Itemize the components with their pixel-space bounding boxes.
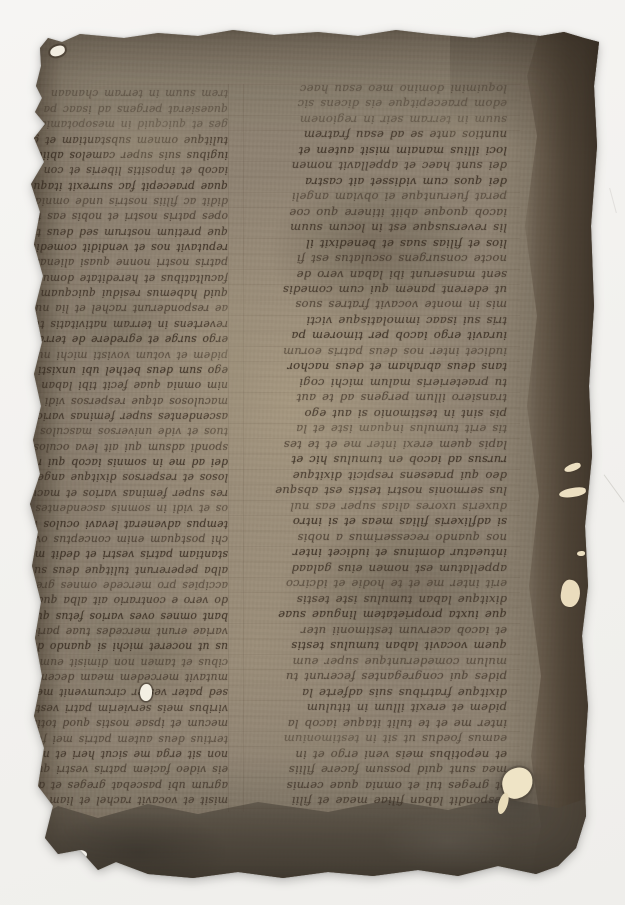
parchment-hole-center-left [140,684,152,701]
photo-backdrop: misit et vocavit rachel et liam inagrum … [0,0,625,905]
parchment-leaf: misit et vocavit rachel et liam inagrum … [28,26,600,882]
parchment-surface: misit et vocavit rachel et liam inagrum … [28,26,600,882]
backdrop-crease [604,474,625,502]
parchment-tear-left-edge [28,521,35,539]
parchment-edge-vignette [28,26,600,882]
parchment-tear-patch-right-3 [577,551,585,556]
parchment-nick-bottom-left [74,850,87,859]
backdrop-crease [609,188,617,213]
